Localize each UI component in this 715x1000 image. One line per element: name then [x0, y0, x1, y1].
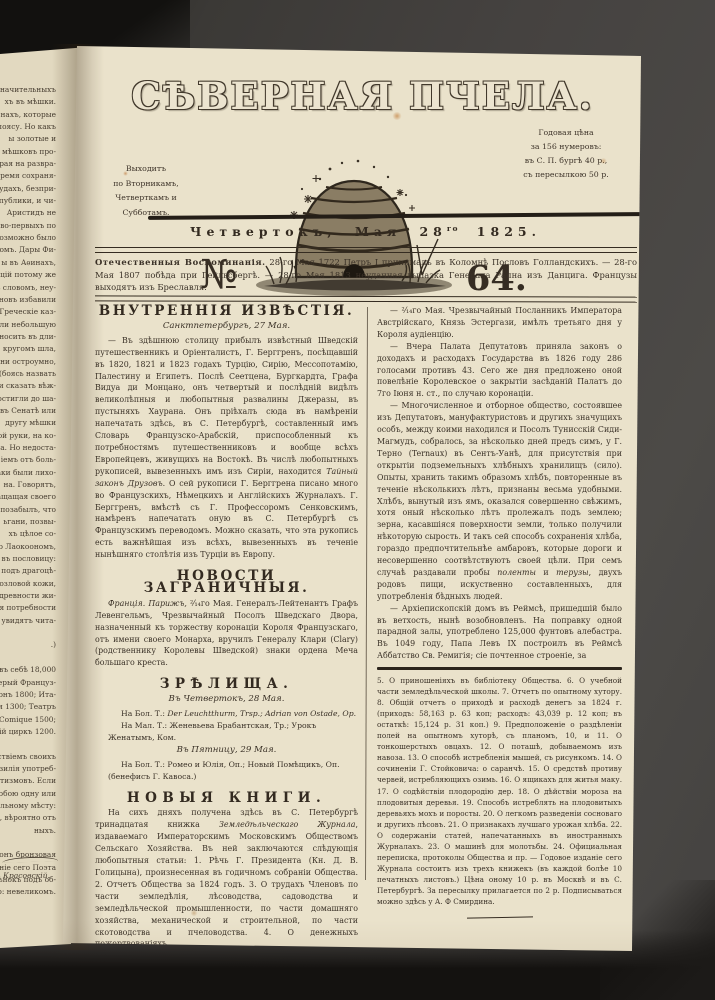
facing-page-fragment-line: время сохраня- [0, 170, 56, 182]
facing-page-fragment-line: другу мѣшки [0, 417, 56, 429]
dateline-day-month: Четвертокъ, Мая 28 [190, 224, 447, 239]
facing-page-fragment-line: подъ драгоцѣ- [0, 565, 56, 577]
foreign-news-lead: Франція. Парижъ, [108, 599, 187, 608]
section-rule [95, 295, 637, 302]
facing-page-fragment-line: кругомъ шла, [0, 343, 56, 355]
facing-page-fragment-line: (боясь назвать [0, 368, 56, 380]
facing-page-fragment-line: .) [0, 639, 56, 651]
facing-page-fragment-line: ни остроумно, [0, 356, 56, 368]
foreign-news-paragraph-5: — Архіепископскій домъ въ Реймсѣ, пришед… [377, 603, 622, 663]
facing-page-fragment-line: іемъ отъ боль- [0, 454, 56, 466]
facing-page-fragment-line: али небольшую [0, 319, 56, 331]
facing-page-fragment-line: хъ въ мѣшки. [0, 96, 56, 108]
facing-page-fragment-line: и сказать вѣж- [0, 380, 56, 392]
publication-schedule: Выходитъпо Вторникамъ,Четверткамъ иСуббо… [96, 162, 196, 220]
theatre-listing-2: На Мал. Т.: Женевьева Брабантская, Тр.; … [95, 720, 358, 744]
facing-page-fragment-line: публики, и чи- [0, 195, 56, 207]
facing-page-fragment-line: , позабылъ, что [0, 504, 56, 516]
domestic-news-text-cont: . О сей рукописи Г. Берггрена писано мно… [95, 479, 358, 559]
facing-page-fragment-line: въ себѣ 18,000 [0, 664, 56, 676]
issue-dateline: Четвертокъ, Мая 28го 1825. [95, 224, 636, 239]
teruza-italic: терузы [556, 568, 589, 577]
spectacles-day1: Въ Четвертокъ, 28 Мая. [95, 694, 358, 706]
domestic-news-text: — Въ здѣшнюю столицу прибылъ извѣстный Ш… [95, 336, 358, 476]
facing-page-fragment-line: поясу. Но какъ [0, 121, 56, 133]
facing-page-fragment-line: ра Comique 1500; [0, 714, 56, 726]
domestic-news-paragraph: — Въ здѣшнюю столицу прибылъ извѣстный Ш… [95, 335, 358, 561]
facing-page-fragment-line: на. Говорятъ, [0, 479, 56, 491]
left-column: ВНУТРЕННІЯ ИЗВѢСТІЯ. Санктпетербургъ, 27… [95, 306, 358, 950]
facing-page-fragment-line: я потребности [0, 602, 56, 614]
facing-page-fragment-line: лія 1300; Театръ [0, 701, 56, 713]
facing-page-fragment-line: древности жи- [0, 590, 56, 602]
facing-page-fragment-line: ествіемъ своихъ [0, 751, 56, 763]
domestic-news-dateline: Санктпетербургъ, 27 Мая. [95, 321, 358, 333]
facing-page-fragment-line: носить въ дли- [0, 331, 56, 343]
facing-page-fragment-line: ъ словомъ, неу- [0, 282, 56, 294]
schedule-line: Выходитъ [96, 162, 196, 177]
facing-page-fragment-line: Бразилія употреб- [0, 763, 56, 775]
facing-page-fragment-line: козловой кожи, [0, 578, 56, 590]
facing-page-fragment-line: Греческіе каз- [0, 306, 56, 318]
facing-page-fragment-line: собою одну или [0, 788, 56, 800]
facing-page-fragment-line: ой руки, на ко- [0, 430, 56, 442]
new-books-text-cont: , издаваемаго Императорскимъ Московскимъ… [95, 820, 358, 948]
facing-page-fragment-line: хъ цѣлое со- [0, 528, 56, 540]
new-books-journal-title: Земледѣльческаго Журнала [219, 820, 356, 829]
facing-page-fragment-line: ныхъ. [0, 825, 56, 837]
facing-page-fragment-line: Аристидъ не [0, 207, 56, 219]
facing-page-fragment-line: Одеонъ 1800; Ита- [0, 689, 56, 701]
spectacles-day2: Въ Пятницу, 29 Мая. [95, 745, 358, 757]
schedule-line: по Вторникамъ, [96, 177, 196, 192]
theatre-label: На Бол. Т.: [121, 709, 167, 718]
facing-page-fragment-line: ы въ Аѳинахъ, [0, 257, 56, 269]
foreign-news-text: ²⁄₁₄го Мая. Генералъ-Лейтенантъ Графъ Ле… [95, 599, 358, 668]
grain-storage-mid: и [536, 568, 556, 577]
facing-page-fragment-line: возможно было [0, 232, 56, 244]
price-line: Годовая цѣна [497, 126, 635, 140]
facing-page-fragment-line: рая на развра- [0, 158, 56, 170]
section-header-domestic-news: ВНУТРЕННІЯ ИЗВѢСТІЯ. [95, 306, 358, 318]
facing-page-fragment-line: остигли до ша- [0, 393, 56, 405]
facing-page-fragment-line: увидятъ чита- [0, 615, 56, 627]
section-header-foreign-news: НОВОСТИ ЗАГРАНИЧНЫЯ. [95, 571, 358, 595]
censor-signature: Красовскій. [3, 871, 50, 880]
dateline-year: 1825. [458, 224, 541, 239]
price-line: съ пересылкою 50 р. [497, 168, 635, 182]
masthead-title: СѢВЕРНАЯ ПЧЕЛА. [90, 74, 635, 118]
patriotic-memories-paragraph: Отечественныя Воспоминанія. 28-го Мая 17… [95, 256, 637, 294]
price-line: въ С. П. бургѣ 40 р., [497, 154, 635, 168]
facing-page-fragment-line: магнитизмовъ. Если [0, 775, 56, 787]
facing-page-fragment-line: цій потому же [0, 269, 56, 281]
column-divider-rule [365, 307, 368, 880]
facing-page-fragment-line: значительныхъ [0, 84, 56, 96]
facing-page-fragment-line: о Лаокоономъ, [0, 541, 56, 553]
facing-page-fragment-line: писью: невеликомъ. [0, 886, 56, 898]
facing-page-fragment-line: ескій циркъ 1200. [0, 726, 56, 738]
polenta-italic: поленты [497, 568, 536, 577]
schedule-line: Четверткамъ и [96, 191, 196, 206]
facing-page-fragment-line: во-первыхъ по [0, 220, 56, 232]
article-end-rule [466, 916, 532, 918]
facing-page-fragment-line: больному мѣсту: [0, 800, 56, 812]
section-header-new-books: НОВЫЯ КНИГИ. [95, 793, 358, 805]
facing-page-fragment-line: новъ избавили [0, 294, 56, 306]
facing-page-fragment-line: а. Но недоста- [0, 442, 56, 454]
facing-page-fragment-line: въ пословицу: [0, 553, 56, 565]
theatre-listing-1: На Бол. Т.: Der Leuchtthurm, Trsp.; Adri… [95, 708, 358, 720]
facing-page-fragment-line: ы золотые и [0, 133, 56, 145]
price-line: за 156 нумеровъ: [497, 140, 635, 154]
foreign-news-paragraph-3: — Вчера Палата Депутатовъ приняла законъ… [377, 341, 622, 401]
memoria-lead: Отечественныя Воспоминанія. [95, 257, 266, 267]
facing-page-fragment-line: нахъ, которые [0, 109, 56, 121]
newspaper-page: СѢВЕРНАЯ ПЧЕЛА. Выходитъпо Вторникамъ,Че… [0, 0, 715, 1000]
dateline-ordinal: го [447, 224, 459, 233]
facing-page-fragment-line: въ Сенатѣ или [0, 405, 56, 417]
facing-page-fragment-line: омъ. Дары Фи- [0, 244, 56, 256]
facing-page-fragment-line: судахъ, безпри- [0, 183, 56, 195]
new-books-paragraph: На сихъ дняхъ получена здѣсь въ С. Петер… [95, 807, 358, 950]
dateline-rule [95, 247, 637, 253]
facing-page-text-fragments: значительныхъхъ въ мѣшки.нахъ, которыепо… [0, 84, 56, 899]
right-column: — ²⁄₁₄го Мая. Чрезвычайный Посланникъ Им… [377, 305, 622, 918]
facing-page-fragment-line: аки были лихо- [0, 467, 56, 479]
footnote-rule [377, 667, 622, 669]
subscription-price: Годовая цѣназа 156 нумеровъ:въ С. П. бур… [497, 126, 635, 182]
theatre-german-titles: Der Leuchtthurm, Trsp.; Adrian von Ostad… [167, 709, 356, 718]
section-header-spectacles: ЗРѢЛИЩА. [95, 679, 358, 691]
facing-page-fragment-line: ьгани, позвы- [0, 516, 56, 528]
foreign-news-paragraph-2: — ²⁄₁₄го Мая. Чрезвычайный Посланникъ Им… [377, 305, 622, 341]
facing-page-fragment-line: ерый Француз- [0, 677, 56, 689]
foreign-news-paragraph: Франція. Парижъ, ²⁄₁₄го Мая. Генералъ-Ле… [95, 598, 358, 669]
theatre-listing-3: На Бол. Т.: Ромео и Юлія, Оп.; Новый Пом… [95, 759, 358, 783]
new-books-continuation-small-text: 5. О приношеніяхъ въ библіотеку Общества… [377, 675, 622, 908]
scanned-newspaper-photo: значительныхъхъ въ мѣшки.нахъ, которыепо… [0, 0, 715, 1000]
grain-storage-text: — Многочисленное и отборное общество, со… [377, 401, 622, 577]
facing-page-fragment-line: , вѣроятно отъ [0, 812, 56, 824]
facing-page-fragment-line: ащащая своего [0, 491, 56, 503]
facing-page-fragment-line: мѣшковъ про- [0, 146, 56, 158]
foreign-news-paragraph-4: — Многочисленное и отборное общество, со… [377, 400, 622, 602]
